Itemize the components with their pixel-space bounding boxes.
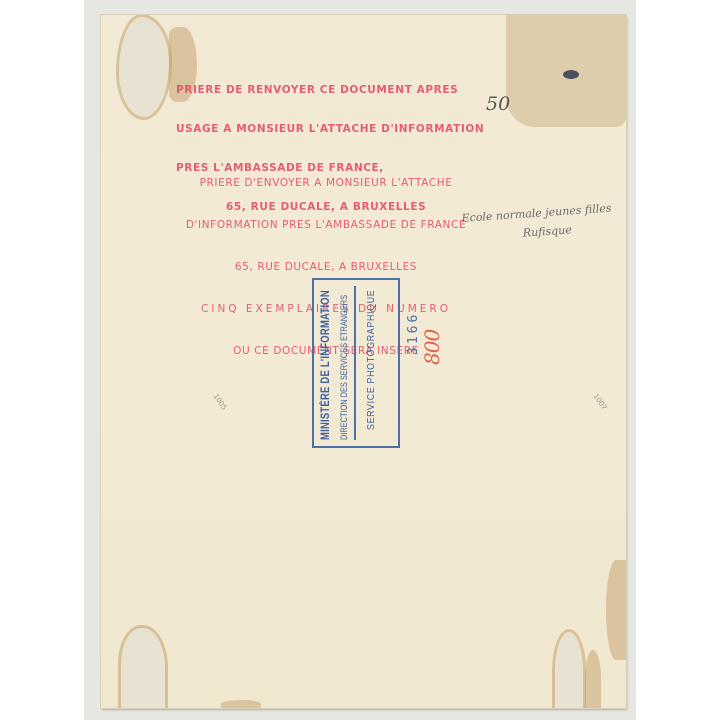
blue-stamp-ministry: MINISTÈRE DE L'INFORMATION [320,290,332,440]
faint-mark-left: 1005 [212,392,229,411]
stain-right-edge [606,560,626,660]
red-stamp-line: D'INFORMATION PRES L'AMBASSADE DE FRANCE [181,218,471,232]
pencil-number: 50 [486,93,510,115]
ink-spot-top-right [563,70,579,79]
red-stamp-line: PRIERE D'ENVOYER A MONSIEUR L'ATTACHE [181,176,471,190]
blue-stamp-divider [354,286,356,440]
torn-corner-bottom-left [121,628,165,708]
red-stamp-line: 65, RUE DUCALE, A BRUXELLES [181,260,471,274]
blue-ministry-stamp: MINISTÈRE DE L'INFORMATION DIRECTION DES… [312,278,400,448]
faint-mark-right: 1007 [592,392,609,411]
torn-corner-bottom-right [555,632,583,708]
red-handwritten-number: 800 [420,330,444,365]
photo-back-paper: PRIERE DE RENVOYER CE DOCUMENT APRES USA… [101,15,626,708]
torn-corner-top-left [119,17,169,117]
stain-bottom-right [585,650,601,708]
red-stamp-line: PRIERE DE RENVOYER CE DOCUMENT APRES [176,84,484,97]
blue-stamp-service: SERVICE PHOTOGRAPHIQUE [366,290,377,430]
blue-stamped-number: 3166 [406,312,421,355]
red-stamp-line: USAGE A MONSIEUR L'ATTACHE D'INFORMATION [176,123,484,136]
blue-stamp-direction: DIRECTION DES SERVICES ETRANGERS [339,295,349,440]
stain-bottom-edge [221,700,261,708]
